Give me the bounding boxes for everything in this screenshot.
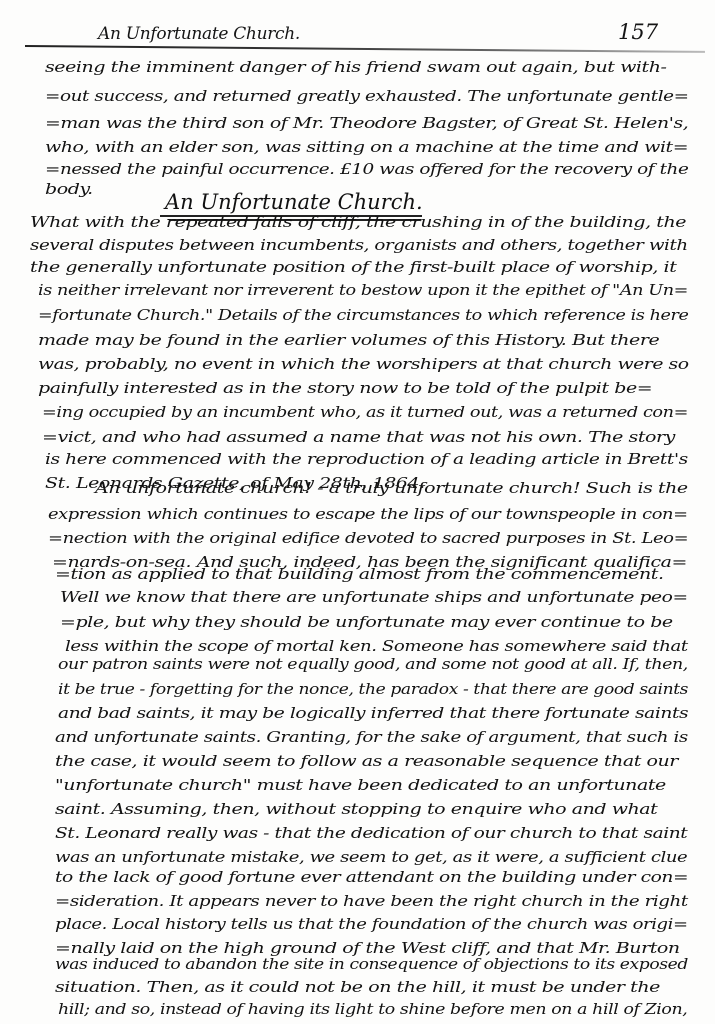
text-line: was induced to abandon the site in conse…: [55, 955, 688, 973]
section-title: An Unfortunate Church.: [165, 190, 423, 214]
text-line: seeing the imminent danger of his friend…: [45, 58, 667, 76]
text-line: was an unfortunate mistake, we seem to g…: [55, 848, 687, 866]
text-line: =ing occupied by an incumbent who, as it…: [42, 403, 688, 421]
text-line: =nection with the original edifice devot…: [48, 529, 688, 547]
text-line: who, with an elder son, was sitting on a…: [45, 138, 688, 156]
text-line: body.: [45, 180, 93, 198]
text-line: An unfortunate church! - a truly unfortu…: [95, 479, 688, 497]
text-line: place. Local history tells us that the f…: [55, 915, 688, 933]
text-line: =fortunate Church." Details of the circu…: [38, 306, 688, 324]
text-line: =ple, but why they should be unfortunate…: [60, 613, 673, 631]
text-line: situation. Then, as it could not be on t…: [55, 978, 660, 996]
text-line: saint. Assuming, then, without stopping …: [55, 800, 657, 818]
text-line: our patron saints were not equally good,…: [58, 655, 688, 673]
manuscript-page: An Unfortunate Church. 157 seeing the im…: [0, 0, 715, 1024]
text-line: the case, it would seem to follow as a r…: [55, 752, 678, 770]
header-rule: [25, 45, 705, 53]
text-line: and bad saints, it may be logically infe…: [58, 704, 688, 722]
text-line: =sideration. It appears never to have be…: [55, 892, 688, 910]
text-line: "unfortunate church" must have been dedi…: [55, 776, 666, 794]
text-line: it be true - forgetting for the nonce, t…: [58, 680, 688, 698]
text-line: painfully interested as in the story now…: [38, 379, 652, 397]
text-line: What with the repeated falls of cliff, t…: [30, 213, 686, 231]
text-line: is neither irrelevant nor irreverent to …: [38, 281, 688, 299]
text-line: =out success, and returned greatly exhau…: [45, 87, 689, 105]
page-number: 157: [618, 20, 658, 44]
text-line: expression which continues to escape the…: [48, 505, 688, 523]
text-line: to the lack of good fortune ever attenda…: [55, 868, 688, 886]
text-line: is here commenced with the reproduction …: [45, 450, 688, 468]
running-head: An Unfortunate Church.: [98, 24, 300, 44]
text-line: the generally unfortunate position of th…: [30, 258, 676, 276]
text-line: =nessed the painful occurrence. £10 was …: [45, 160, 688, 178]
text-line: hill; and so, instead of having its ligh…: [58, 1000, 687, 1018]
text-line: less within the scope of mortal ken. Som…: [65, 637, 688, 655]
text-line: was, probably, no event in which the wor…: [38, 355, 689, 373]
text-line: St. Leonard really was - that the dedica…: [55, 824, 687, 842]
text-line: =vict, and who had assumed a name that w…: [42, 428, 675, 446]
text-line: =man was the third son of Mr. Theodore B…: [45, 114, 688, 132]
text-line: several disputes between incumbents, org…: [30, 236, 688, 254]
text-line: and unfortunate saints. Granting, for th…: [55, 728, 688, 746]
text-line: =tion as applied to that building almost…: [55, 565, 664, 583]
text-line: made may be found in the earlier volumes…: [38, 331, 659, 349]
text-line: Well we know that there are unfortunate …: [60, 588, 688, 606]
